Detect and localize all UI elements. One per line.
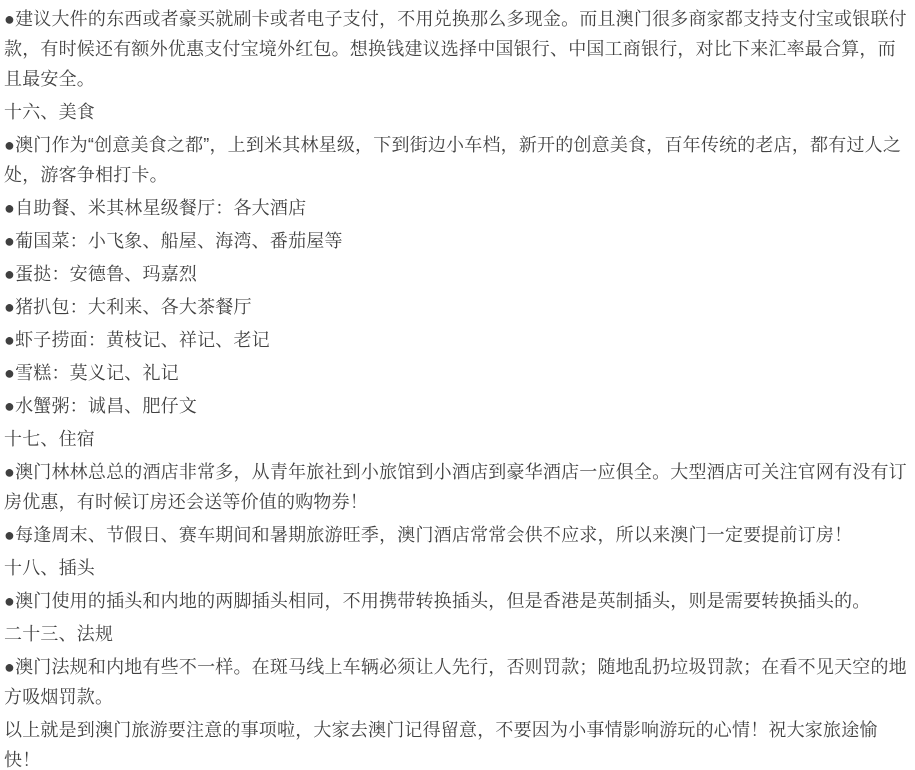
bullet-item-shrimp-noodles: ●虾子捞面：黄枝记、祥记、老记 xyxy=(4,325,909,355)
closing-note: 以上就是到澳门旅游要注意的事项啦，大家去澳门记得留意，不要因为小事情影响游玩的心… xyxy=(4,715,909,770)
bullet-item-booking-advice: ●每逢周末、节假日、赛车期间和暑期旅游旺季，澳门酒店常常会供不应求，所以来澳门一… xyxy=(4,520,909,550)
bullet-item-pork-chop-bun: ●猪扒包：大利来、各大茶餐厅 xyxy=(4,292,909,322)
bullet-item-plug-info: ●澳门使用的插头和内地的两脚插头相同，不用携带转换插头，但是香港是英制插头，则是… xyxy=(4,586,909,616)
bullet-item-regulations-info: ●澳门法规和内地有些不一样。在斑马线上车辆必须让人先行，否则罚款；随地乱扔垃圾罚… xyxy=(4,652,909,712)
article-body: ●建议大件的东西或者豪买就刷卡或者电子支付，不用兑换那么多现金。而且澳门很多商家… xyxy=(0,0,915,770)
section-heading-plugs: 十八、插头 xyxy=(4,553,909,583)
bullet-item-egg-tart: ●蛋挞：安德鲁、玛嘉烈 xyxy=(4,259,909,289)
bullet-item-hotels: ●澳门林林总总的酒店非常多，从青年旅社到小旅馆到小酒店到豪华酒店一应俱全。大型酒… xyxy=(4,457,909,517)
section-heading-accommodation: 十七、住宿 xyxy=(4,424,909,454)
bullet-item-ice-cream: ●雪糕：莫义记、礼记 xyxy=(4,358,909,388)
section-heading-food: 十六、美食 xyxy=(4,97,909,127)
section-heading-regulations: 二十三、法规 xyxy=(4,619,909,649)
bullet-item-portuguese-food: ●葡国菜：小飞象、船屋、海湾、番茄屋等 xyxy=(4,226,909,256)
bullet-item-crab-congee: ●水蟹粥：诚昌、肥仔文 xyxy=(4,391,909,421)
bullet-item-payment-advice: ●建议大件的东西或者豪买就刷卡或者电子支付，不用兑换那么多现金。而且澳门很多商家… xyxy=(4,4,909,94)
bullet-item-buffet: ●自助餐、米其林星级餐厅：各大酒店 xyxy=(4,193,909,223)
bullet-item-food-intro: ●澳门作为“创意美食之都”，上到米其林星级，下到街边小车档，新开的创意美食，百年… xyxy=(4,130,909,190)
